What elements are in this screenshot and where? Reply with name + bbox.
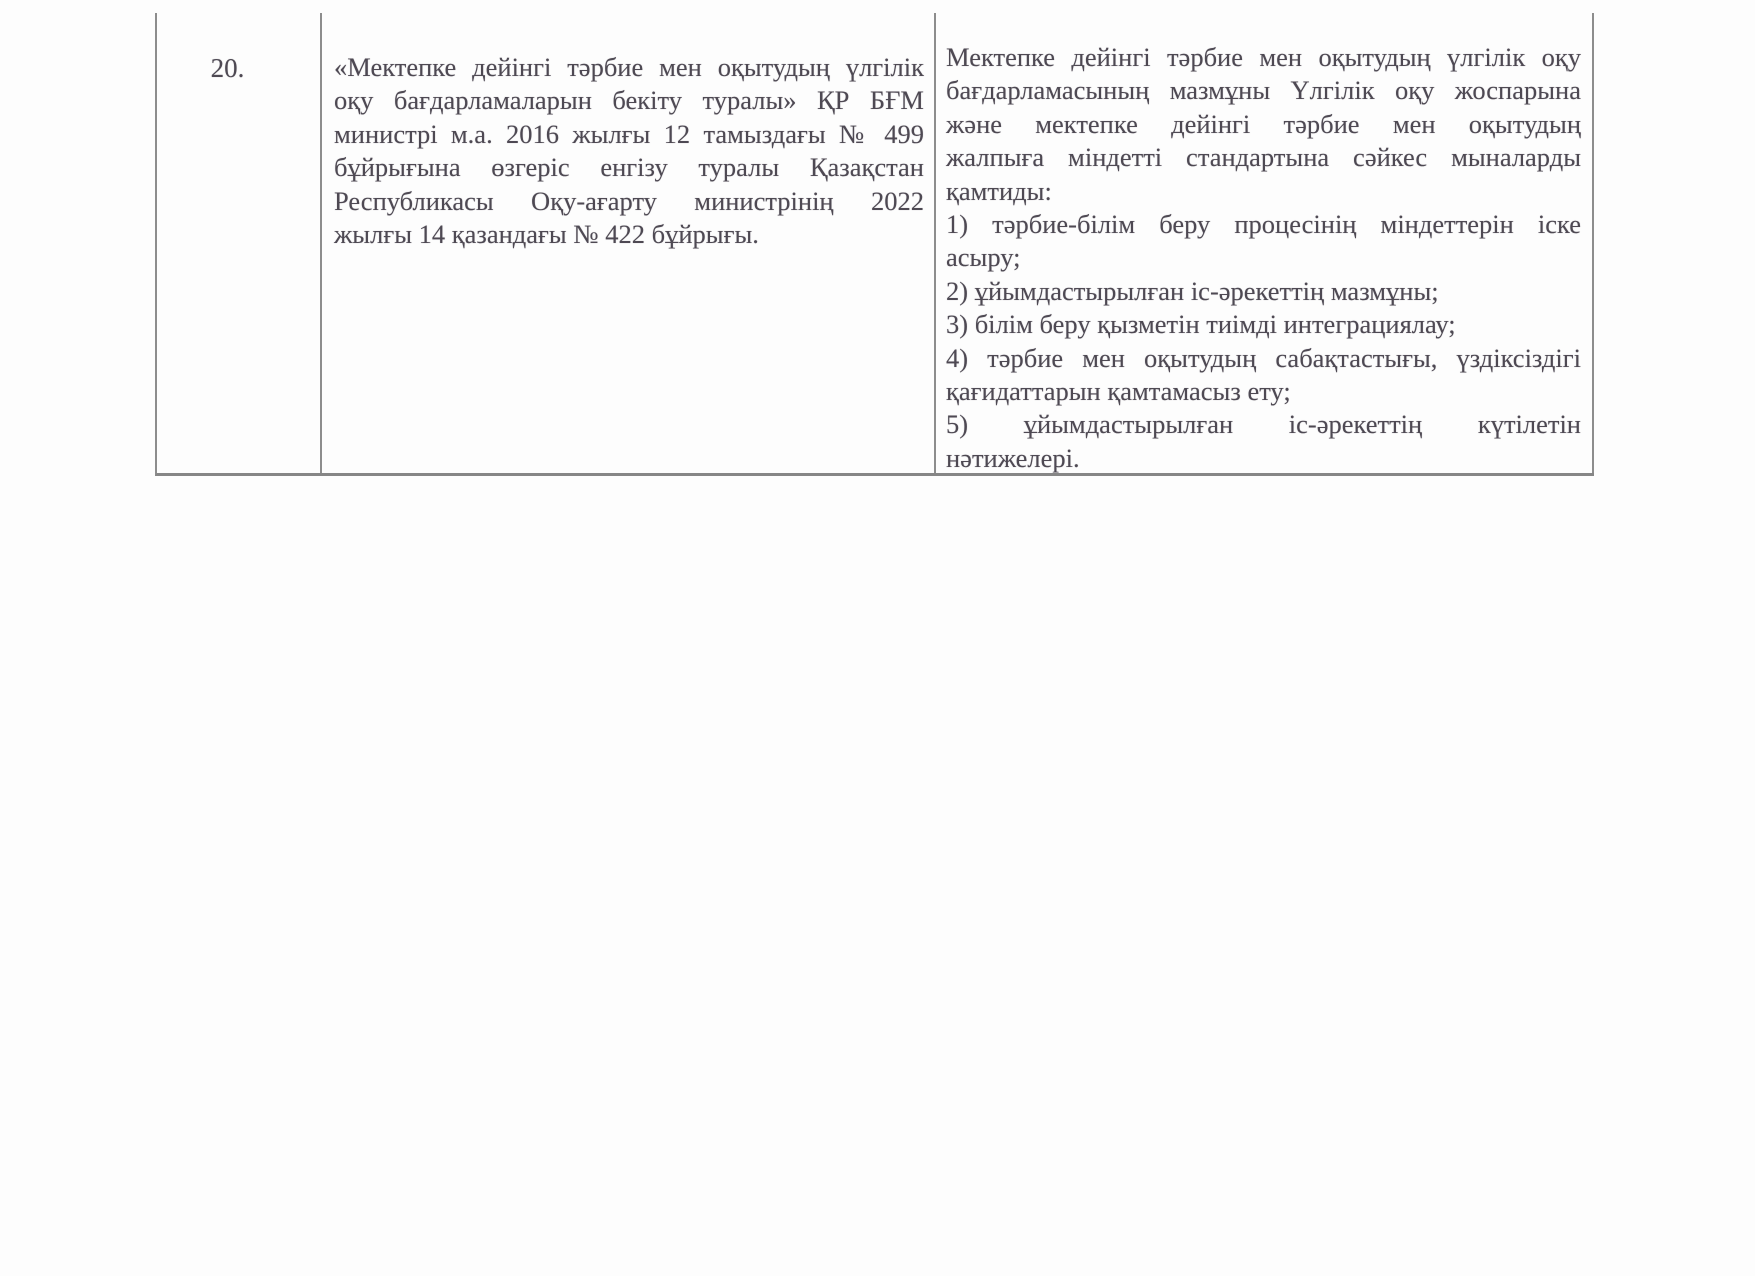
text-line: 2) ұйымдастырылған іс-әрекеттің мазмұны; xyxy=(946,275,1581,308)
text-line: нәтижелері. xyxy=(946,442,1581,473)
text-line: асыру; xyxy=(946,241,1581,274)
table-cell-row-number: 20. xyxy=(157,13,322,473)
text-line: бағдарламасының мазмұны Үлгілік оқу жосп… xyxy=(946,74,1581,107)
text-line: бұйрығына өзгеріс енгізу туралы Қазақста… xyxy=(334,151,924,184)
text-line: қамтиды: xyxy=(946,175,1581,208)
text-line: жылғы 14 қазандағы № 422 бұйрығы. xyxy=(334,218,924,251)
document-table-fragment: 20. «Мектепке дейінгі тәрбие мен оқытуды… xyxy=(155,13,1594,476)
text-line: 4) тәрбие мен оқытудың сабақтастығы, үзд… xyxy=(946,342,1581,375)
text-line: «Мектепке дейінгі тәрбие мен оқытудың үл… xyxy=(334,51,924,84)
table-cell-order-content: Мектепке дейінгі тәрбие мен оқытудың үлг… xyxy=(936,13,1594,473)
row-number: 20. xyxy=(211,53,245,83)
text-line: жалпыға міндетті стандартына сәйкес мына… xyxy=(946,141,1581,174)
text-line: Мектепке дейінгі тәрбие мен оқытудың үлг… xyxy=(946,41,1581,74)
table-cell-order-title: «Мектепке дейінгі тәрбие мен оқытудың үл… xyxy=(322,13,936,473)
text-line: министрі м.а. 2016 жылғы 12 тамыздағы № … xyxy=(334,118,924,151)
text-line: қағидаттарын қамтамасыз ету; xyxy=(946,375,1581,408)
text-line: 3) білім беру қызметін тиімді интеграция… xyxy=(946,308,1581,341)
text-line: 1) тәрбие-білім беру процесінің міндетте… xyxy=(946,208,1581,241)
text-line: оқу бағдарламаларын бекіту туралы» ҚР БҒ… xyxy=(334,84,924,117)
scanned-document-page: 20. «Мектепке дейінгі тәрбие мен оқытуды… xyxy=(0,0,1755,1276)
text-line: 5) ұйымдастырылған іс-әрекеттің күтілеті… xyxy=(946,408,1581,441)
text-line: Республикасы Оқу-ағарту министрінің 2022 xyxy=(334,185,924,218)
text-line: және мектепке дейінгі тәрбие мен оқытуды… xyxy=(946,108,1581,141)
